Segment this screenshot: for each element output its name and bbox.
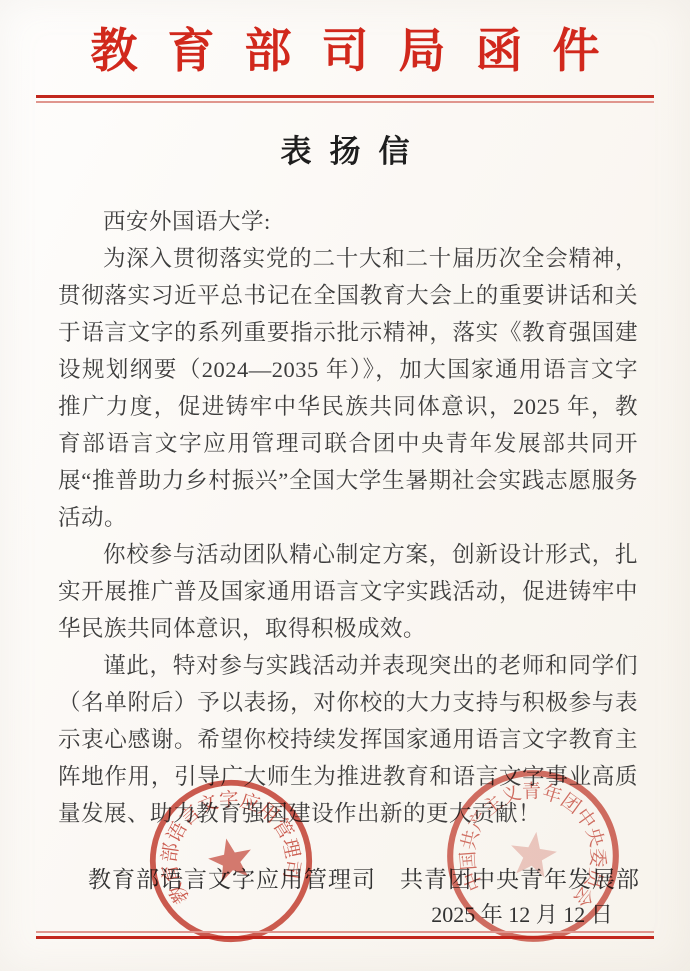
paragraph-2: 你校参与活动团队精心制定方案，创新设计形式，扎实开展推广普及国家通用语言文字实践…: [58, 536, 638, 647]
letter-page: 教育部司局函件 表扬信 西安外国语大学: 为深入贯彻落实党的二十大和二十届历次全…: [0, 0, 690, 971]
signature-moe-language-dept: 教育部语言文字应用管理司: [88, 861, 376, 894]
letterhead-title: 教育部司局函件: [0, 14, 690, 81]
paragraph-3: 谨此，特对参与实践活动并表现突出的老师和同学们（名单附后）予以表扬，对你校的大力…: [58, 647, 638, 832]
paragraph-1: 为深入贯彻落实党的二十大和二十届历次全会精神，贯彻落实习近平总书记在全国教育大会…: [58, 240, 638, 536]
header-rule-thick: [36, 95, 654, 98]
footer-rule-thick: [36, 936, 654, 939]
letter-date: 2025 年 12 月 12 日: [428, 898, 616, 929]
footer-rule-thin: [36, 931, 654, 933]
letter-body: 西安外国语大学: 为深入贯彻落实党的二十大和二十届历次全会精神，贯彻落实习近平总…: [58, 203, 638, 832]
salutation: 西安外国语大学:: [58, 203, 638, 240]
signature-ccyl-youth-dev-dept: 共青团中央青年发展部: [400, 861, 640, 894]
header-rule-thin: [36, 101, 654, 103]
svg-text:理: 理: [278, 837, 303, 861]
letter-title: 表扬信: [0, 126, 690, 171]
